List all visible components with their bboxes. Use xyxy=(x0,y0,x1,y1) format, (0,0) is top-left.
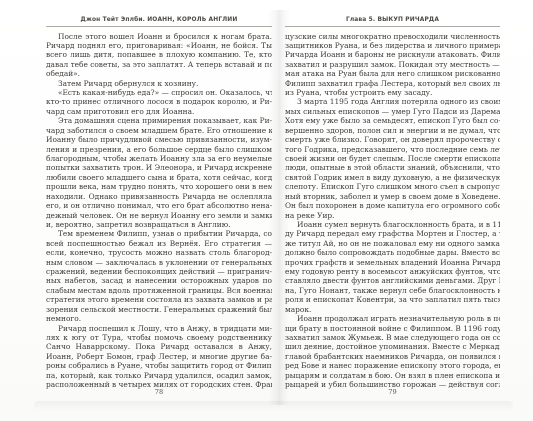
right-head-rule xyxy=(285,26,500,27)
right-page-number: 79 xyxy=(285,388,500,396)
text-line: лях к югу от Тура, чтобы помочь своему р… xyxy=(46,333,272,342)
text-line: После этого вошел Иоанн и бросился к ног… xyxy=(46,32,272,41)
text-line: смерть уже близко. Говорят, он доверял п… xyxy=(285,135,500,144)
text-line: защитников Руана, и без лидерства и личн… xyxy=(285,41,500,50)
paragraph: Иоанн сумел вернуть благосклонность брат… xyxy=(285,220,500,314)
left-page-body-text: После этого вошел Иоанн и бросился к ног… xyxy=(46,32,272,390)
text-line: Санчо Наваррскому. Пока Ричард оставался… xyxy=(46,342,272,351)
text-line: стратегия этого времени состояла из захв… xyxy=(46,295,272,304)
text-line: Ричард поспешил к Лошу, что в Анжу, в тр… xyxy=(46,324,272,333)
paragraph: цузские силы многократно превосходили чи… xyxy=(285,32,500,98)
left-page: Джон Тейт Эплби. ИОАНН, КОРОЛЬ АНГЛИИ По… xyxy=(46,17,272,390)
text-line: люди, опытные в этой области знаний, объ… xyxy=(285,163,500,172)
text-line: Тем временем Филипп, узнав о прибытии Ри… xyxy=(46,229,272,238)
text-line: 3 марта 1195 года Англия потеряла одного… xyxy=(285,97,500,106)
text-line: Иоанну было причудливой смесью привязанн… xyxy=(46,135,272,144)
text-line: на реке Уир. xyxy=(285,211,500,220)
text-line: слепоту. Епископ Гуго слишком много съел… xyxy=(285,182,500,191)
text-line: ему годовую ренту в восемьсот анжуйских … xyxy=(285,267,500,276)
text-line: обедай». xyxy=(46,69,272,78)
text-line: главой брабантских наемников Ричарда, он… xyxy=(285,352,500,361)
text-line: на, Гуго Нонант, также вернул себе благо… xyxy=(285,286,500,295)
text-line: Хотя ему уже было за семьдесят, епископ … xyxy=(285,116,500,125)
left-running-head: Джон Тейт Эплби. ИОАНН, КОРОЛЬ АНГЛИИ xyxy=(46,17,272,23)
paragraph: После этого вошел Иоанн и бросился к ног… xyxy=(46,32,272,79)
text-line: Эта домашняя сцена примирения показывает… xyxy=(46,116,272,125)
text-line: прошли века, нам трудно понять, что хоро… xyxy=(46,182,272,191)
text-line: святой Годрик имел в виду духовную, а не… xyxy=(285,173,500,182)
right-page: Глава 5. ВЫКУП РИЧАРДА цузские силы мног… xyxy=(285,17,500,390)
text-line: того Годрика, предсказавшего, что послед… xyxy=(285,145,500,154)
paragraph: Тем временем Филипп, узнав о прибытии Ри… xyxy=(46,229,272,323)
book-spread: Джон Тейт Эплби. ИОАНН, КОРОЛЬ АНГЛИИ По… xyxy=(0,0,533,421)
text-line: мых сильных епископов — умер Гуго Падси … xyxy=(285,107,500,116)
text-line: слабым местам вдоль протяженной границы.… xyxy=(46,286,272,295)
text-line: Затем Ричард обернулся к хозяину. xyxy=(46,79,272,88)
text-line: попытки захватить трон. И Элеонора, и Ри… xyxy=(46,163,272,172)
paragraph: Иоанн продолжал играть незначительную ро… xyxy=(285,314,500,389)
text-line: ный вторник, заболел и умер в своем доме… xyxy=(285,192,500,201)
text-line: всего лишь дитя, попавшее в плохую компа… xyxy=(46,50,272,59)
text-line: вершенно здоров, полон сил и энергии и н… xyxy=(285,126,500,135)
text-line: Иоанн сумел вернуть благосклонность брат… xyxy=(285,220,500,229)
text-line: же титул Ай, но он не пожаловал ему ни о… xyxy=(285,239,500,248)
text-line: рыцарям и солдатам в бою. Он взял в плен… xyxy=(285,371,500,380)
text-line: ду Ричард передал ему графства Мортен и … xyxy=(285,229,500,238)
text-line: Он был похоронен в доме капитула его огр… xyxy=(285,201,500,210)
text-line: захватил и разрушил замок. Покидая эту м… xyxy=(285,60,500,69)
text-line: марок. xyxy=(285,305,500,314)
text-line: Иоанн продолжал играть незначительную ро… xyxy=(285,314,500,323)
text-line: шил деяние, достойное упоминания. Вместе… xyxy=(285,342,500,351)
paragraph: Эта домашняя сцена примирения показывает… xyxy=(46,116,272,229)
paragraph: Ричард поспешил к Лошу, что в Анжу, в тр… xyxy=(46,324,272,390)
text-line: па, который, как только Ричард удалился,… xyxy=(46,371,272,380)
text-line: если, конечно, трусость можно назвать ст… xyxy=(46,248,272,257)
text-line: находили. Однако привязанность Ричарда н… xyxy=(46,192,272,201)
text-line: роля и епископат Ковентри, за что заплат… xyxy=(285,295,500,304)
paragraph: Затем Ричард обернулся к хозяину. xyxy=(46,79,272,88)
text-line: дежный человек. Он не вернул Иоанну его … xyxy=(46,211,272,220)
text-line: любили своего младшего сына и брата, хот… xyxy=(46,173,272,182)
text-line: чард заботился о своем младшем брате. Ег… xyxy=(46,126,272,135)
text-line: ления и презрения, а его большое сердце … xyxy=(46,145,272,154)
text-line: цузские силы многократно превосходили чи… xyxy=(285,32,500,41)
text-line: ставляло двести фунтов английскими деньг… xyxy=(285,276,500,285)
text-line: Ричарда Иоанн и бароны не рискнули атако… xyxy=(285,50,500,59)
text-line: мая атака на Руан была для него слишком … xyxy=(285,69,500,78)
paragraph: «Есть какая-нибудь еда?» — спросил он. О… xyxy=(46,88,272,116)
text-line: благородным, чтобы желать Иоанну зла за … xyxy=(46,154,272,163)
text-line: ных набегов, засад и нанесении осторожны… xyxy=(46,276,272,285)
text-line: должно было сопровождать подобные дары. … xyxy=(285,248,500,257)
text-line: Иоанн, Роберт Бомон, граф Лестер, и мног… xyxy=(46,352,272,361)
text-line: ным словом — заключалась в уклонении от … xyxy=(46,258,272,267)
text-line: роны собрались в Руане, чтобы защитить г… xyxy=(46,361,272,370)
text-line: давал тебе советы, за это заплатят. А те… xyxy=(46,60,272,69)
text-line: своей жизни он будет слепым. После смерт… xyxy=(285,154,500,163)
text-line: кто-то принес отличного лосося в подарок… xyxy=(46,97,272,106)
paragraph: 3 марта 1195 года Англия потеряла одного… xyxy=(285,97,500,219)
text-line: зорения сельской местности. Генеральных … xyxy=(46,305,272,314)
right-running-head: Глава 5. ВЫКУП РИЧАРДА xyxy=(285,17,500,23)
text-line: щи брату в постоянной войне с Филиппом. … xyxy=(285,324,500,333)
text-line: его, и он отлично понимал, что его брат … xyxy=(46,201,272,210)
left-page-number: 78 xyxy=(46,388,272,396)
text-line: Ричард поднял его, приговаривая: «Иоанн,… xyxy=(46,41,272,50)
text-line: и, вероятно, запретил возвращаться в Анг… xyxy=(46,220,272,229)
text-line: сражений, ведении беспокоящих действий —… xyxy=(46,267,272,276)
text-line: всей поспешностью бежал из Вернёя. Его с… xyxy=(46,239,272,248)
right-page-body-text: цузские силы многократно превосходили чи… xyxy=(285,32,500,390)
text-line: немного. xyxy=(46,314,272,323)
text-line: «Есть какая-нибудь еда?» — спросил он. О… xyxy=(46,88,272,97)
text-line: прочих графств и земельных владений Иоан… xyxy=(285,258,500,267)
text-line: ред Бове и нанес поражение епископу этог… xyxy=(285,361,500,370)
left-head-rule xyxy=(46,26,272,27)
text-line: захватил замок Жумьеж. В мае следующего … xyxy=(285,333,500,342)
page-stack-edge xyxy=(34,401,513,411)
text-line: чард сам приготовил его для Иоанна. xyxy=(46,107,272,116)
text-line: из Руана, чтобы устроить ему засаду. xyxy=(285,88,500,97)
text-line: Филипп захватил графа Лестера, который в… xyxy=(285,79,500,88)
